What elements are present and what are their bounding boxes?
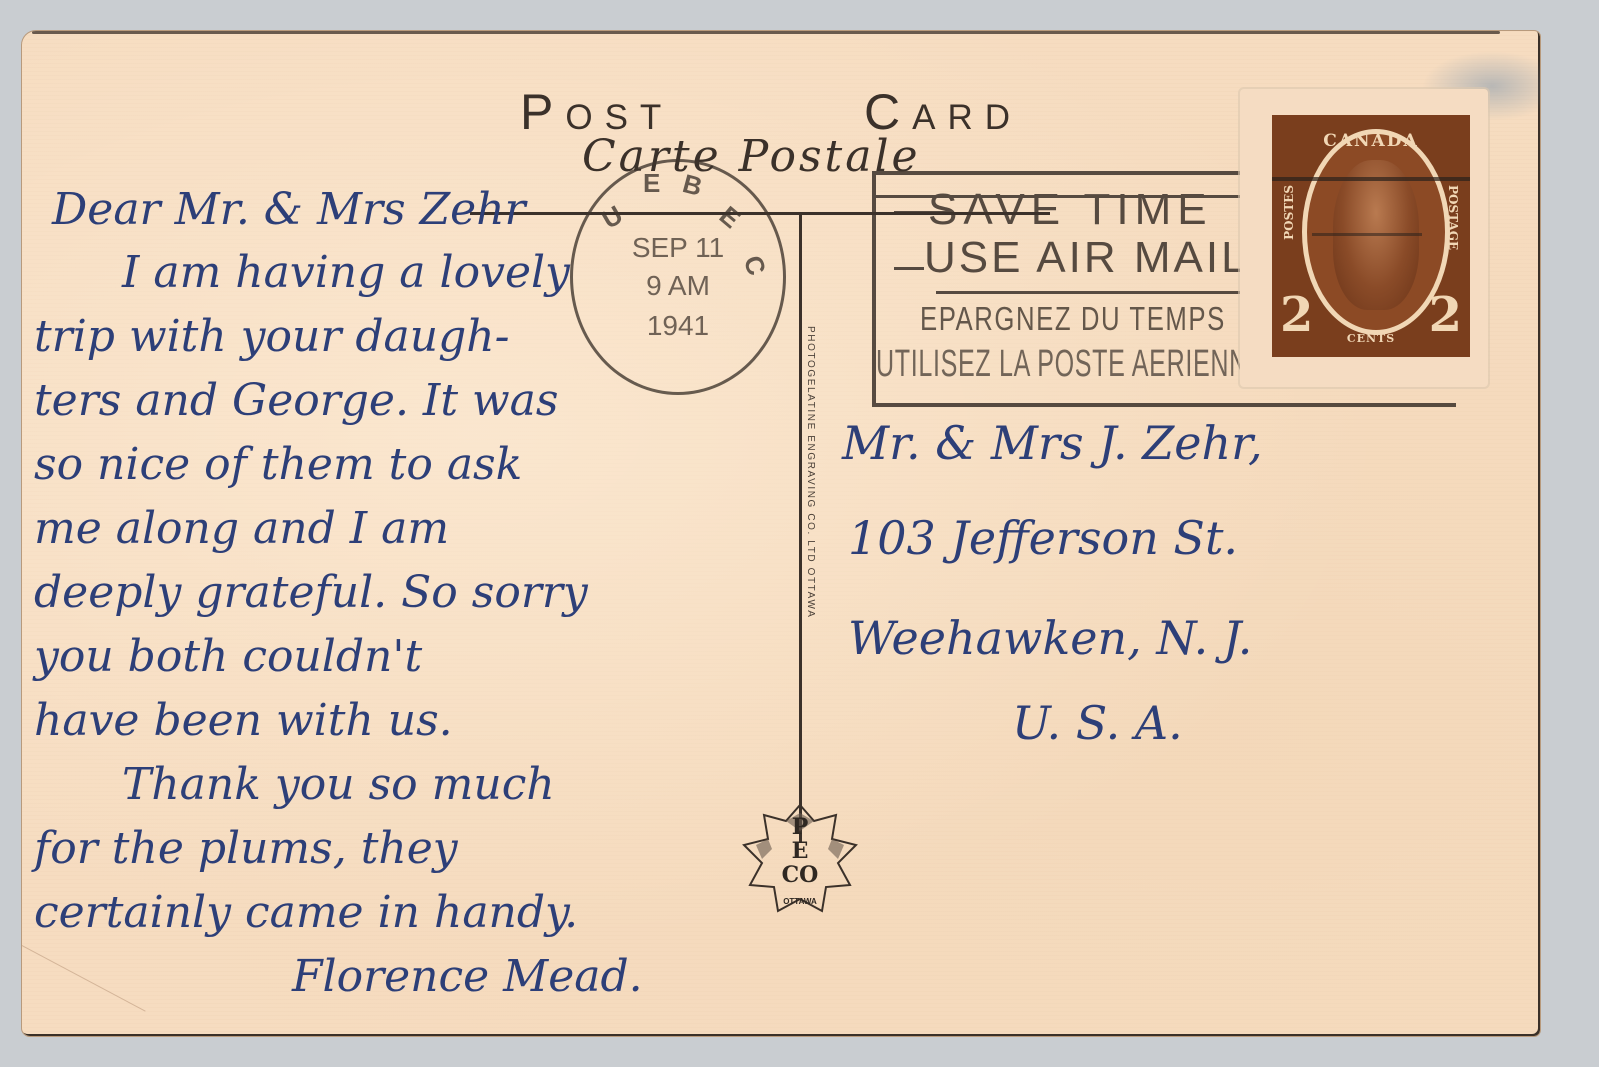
card-edge-shadow bbox=[32, 31, 1500, 34]
stamp-country: CANADA bbox=[1272, 131, 1470, 151]
postmark-year: 1941 bbox=[573, 310, 783, 342]
message-line: trip with your daugh- bbox=[34, 313, 510, 360]
logo-letter-co: CO bbox=[740, 863, 860, 887]
cancel-line-4: UTILISEZ LA POSTE AERIENNE bbox=[876, 343, 1265, 386]
message-line: Thank you so much bbox=[122, 761, 555, 808]
message-line: deeply grateful. So sorry bbox=[34, 569, 588, 616]
postmark-time: 9 AM bbox=[573, 270, 783, 302]
cancel-bar bbox=[1312, 233, 1422, 236]
signature: Florence Mead. bbox=[292, 953, 643, 1000]
postcard: Post Card Carte Postale PHOTOGELATINE EN… bbox=[22, 31, 1540, 1036]
message-line: I am having a lovely bbox=[122, 249, 570, 296]
peco-letters: P E CO bbox=[740, 815, 860, 887]
cancel-bar bbox=[894, 267, 924, 270]
postmark-letter: U bbox=[597, 199, 629, 235]
printer-imprint: PHOTOGELATINE ENGRAVING CO. LTD OTTAWA bbox=[796, 326, 816, 746]
stamp-denomination: CENTS bbox=[1272, 332, 1470, 345]
postmark-letter: E bbox=[713, 200, 746, 235]
circular-postmark: U E B E C SEP 11 9 AM 1941 bbox=[570, 159, 786, 395]
message-line: you both couldn't bbox=[34, 633, 422, 680]
peco-logo: P E CO OTTAWA bbox=[740, 801, 860, 921]
postmark-date: SEP 11 bbox=[573, 232, 783, 264]
address-line-name: Mr. & Mrs J. Zehr, bbox=[842, 416, 1263, 470]
message-line: have been with us. bbox=[34, 697, 453, 744]
address-line-city: Weehawken, N. J. bbox=[848, 611, 1252, 665]
address-line-street: 103 Jefferson St. bbox=[848, 511, 1238, 565]
cancel-line-1: SAVE TIME bbox=[928, 185, 1213, 235]
cancel-line-2: USE AIR MAIL bbox=[924, 233, 1249, 283]
corner-crease bbox=[22, 945, 146, 1036]
cancel-bar bbox=[1272, 177, 1470, 181]
message-line: Dear Mr. & Mrs Zehr bbox=[52, 186, 526, 233]
message-line: so nice of them to ask bbox=[34, 441, 522, 488]
stamp-postage: POSTAGE bbox=[1446, 185, 1460, 250]
logo-letter-e: E bbox=[740, 839, 860, 863]
logo-city: OTTAWA bbox=[740, 897, 860, 906]
postage-stamp: CANADA POSTES POSTAGE 2 2 CENTS bbox=[1272, 115, 1470, 357]
stamp-postes: POSTES bbox=[1282, 185, 1296, 240]
message-line: for the plums, they bbox=[34, 825, 458, 872]
message-line: certainly came in handy. bbox=[34, 889, 578, 936]
logo-letter-p: P bbox=[740, 815, 860, 839]
postmark-letter: B bbox=[679, 168, 705, 203]
message-line: ters and George. It was bbox=[34, 377, 558, 424]
message-line: me along and I am bbox=[34, 505, 449, 552]
address-line-country: U. S. A. bbox=[1012, 696, 1183, 750]
postmark-letter: E bbox=[643, 168, 660, 199]
cancel-line-3: EPARGNEZ DU TEMPS bbox=[920, 300, 1226, 338]
